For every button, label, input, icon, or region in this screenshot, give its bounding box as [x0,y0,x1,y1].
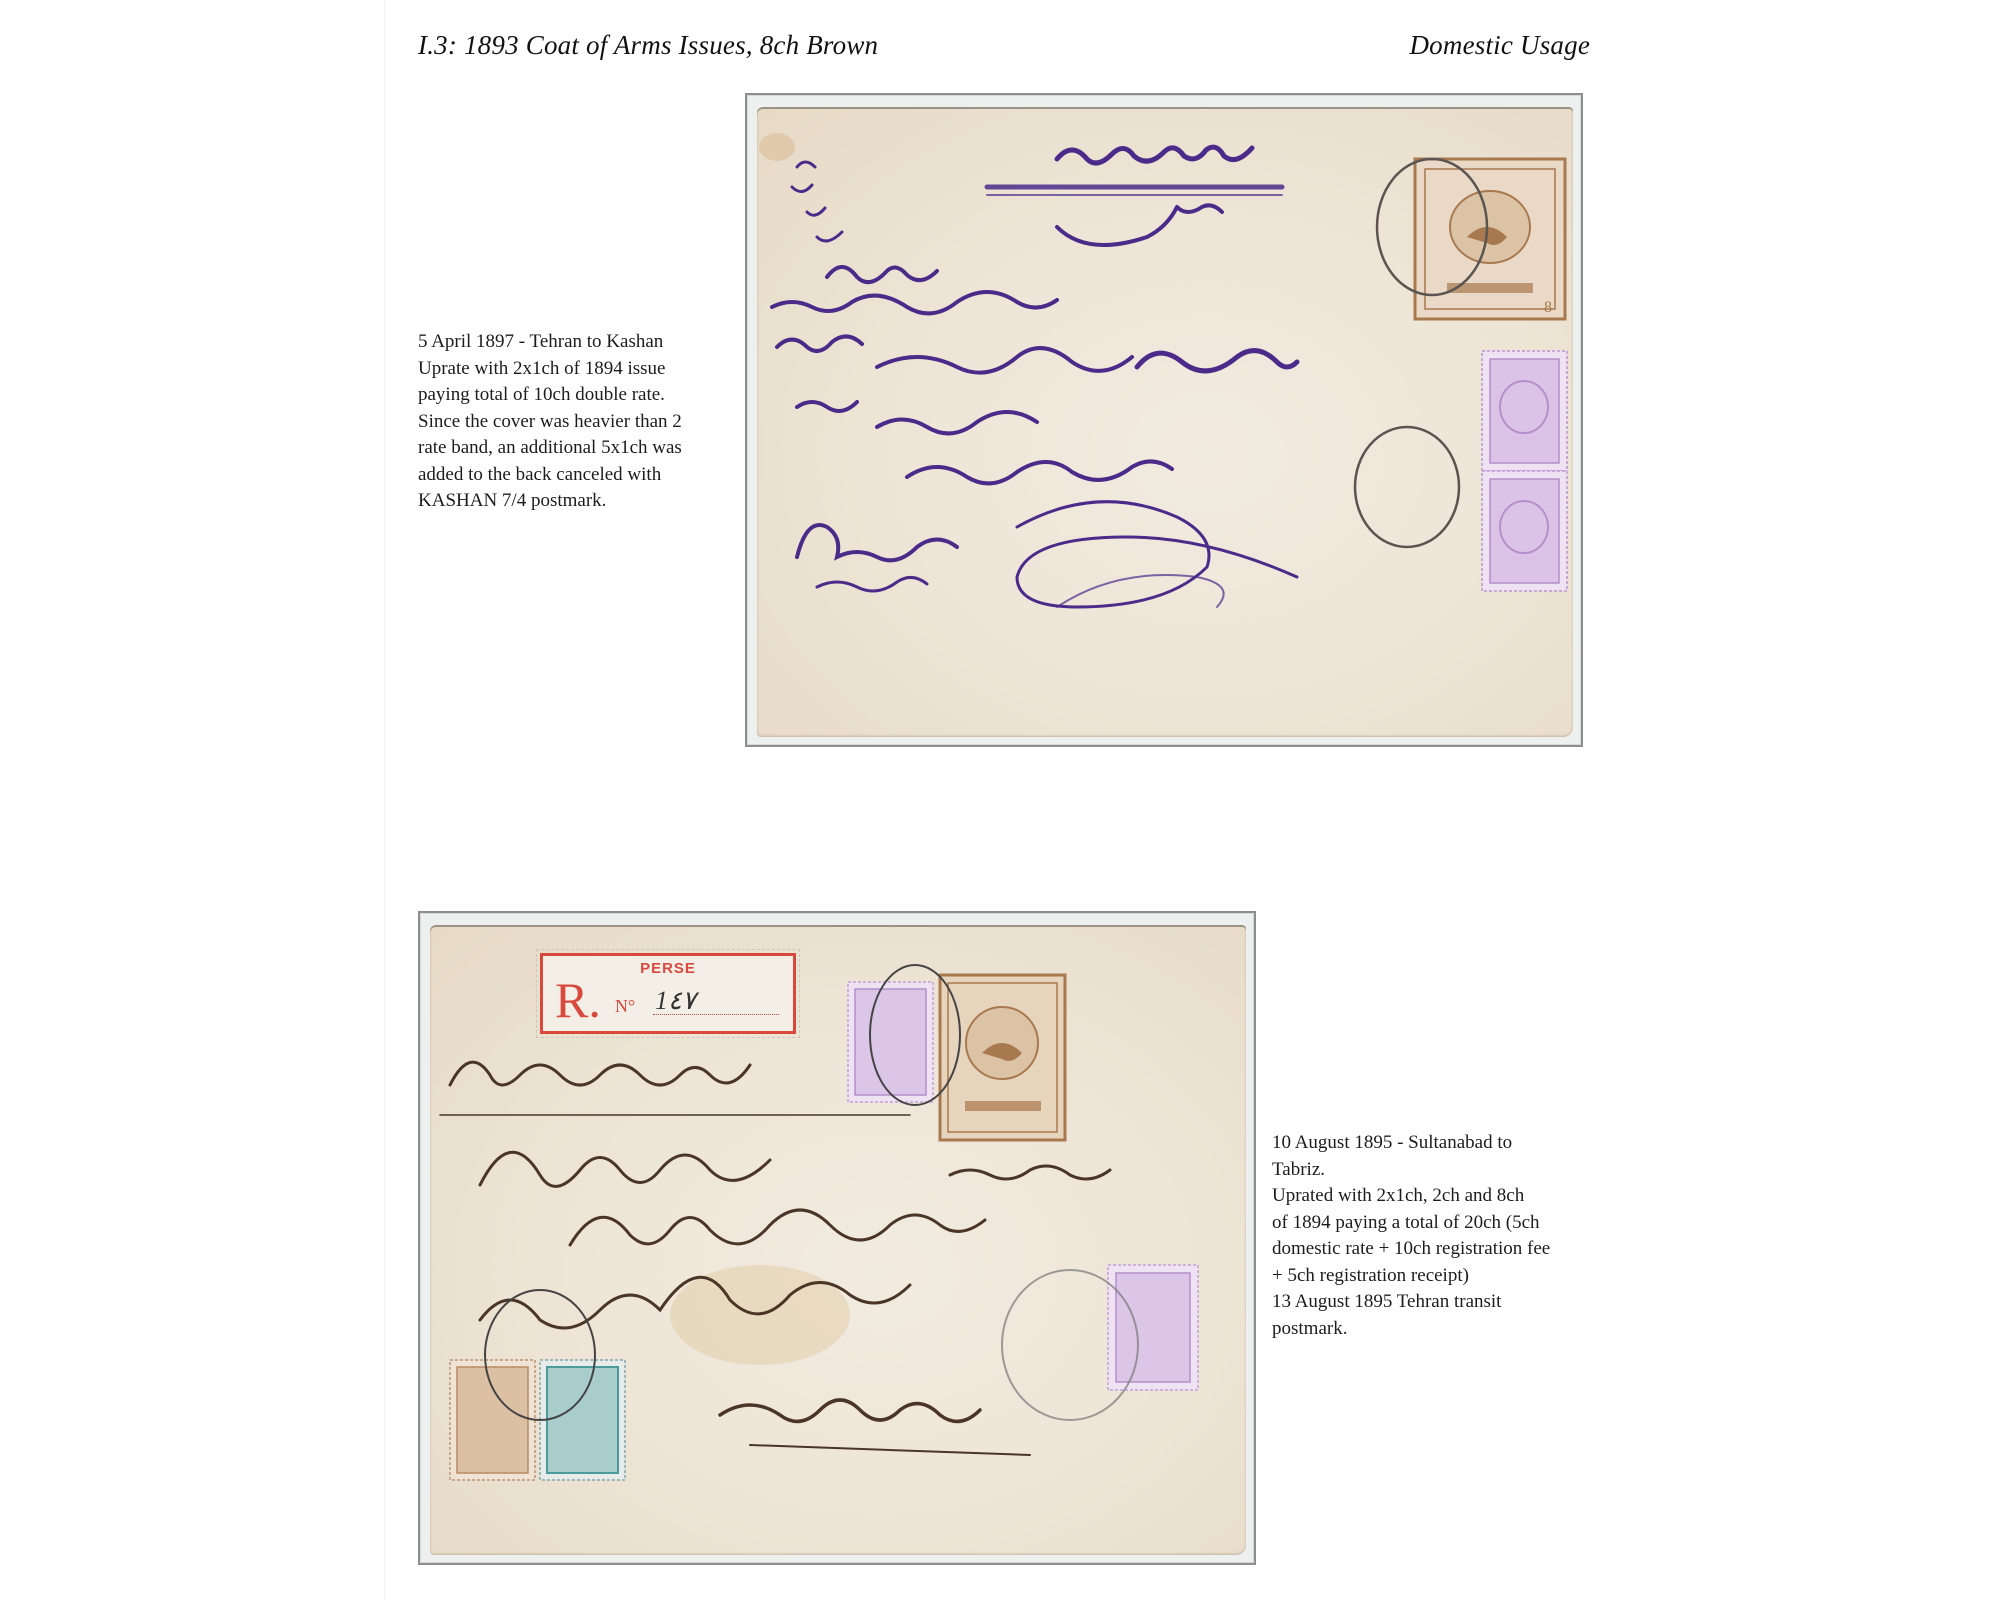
adhesive-stamp-1ch [1108,1265,1198,1390]
caption-line: added to the back canceled with [418,462,682,489]
caption-line: Since the cover was heavier than 2 [418,409,682,436]
cover-1-caption: 5 April 1897 - Tehran to Kashan Uprate w… [418,329,682,515]
cover-1-frame: 8 [745,93,1583,747]
caption-line: + 5ch registration receipt) [1272,1263,1550,1290]
registration-number: 1٤٧ [655,986,696,1016]
caption-line: Uprate with 2x1ch of 1894 issue [418,356,682,383]
cover-2-frame: PERSE R. N° 1٤٧ [418,911,1256,1565]
caption-line: Tabriz. [1272,1157,1550,1184]
section-subtitle: Domestic Usage [1409,30,1590,61]
registration-letter: R. [555,972,601,1028]
adhesive-stamp-8ch [450,1360,535,1480]
caption-line: KASHAN 7/4 postmark. [418,488,682,515]
cover-2-caption: 10 August 1895 - Sultanabad to Tabriz. U… [1272,1130,1550,1342]
manuscript-address [772,147,1297,607]
caption-line: 5 April 1897 - Tehran to Kashan [418,329,682,356]
svg-text:8: 8 [1544,299,1552,316]
adhesive-stamp-1ch [848,982,933,1102]
caption-line: paying total of 10ch double rate. [418,382,682,409]
cover-1-artwork: 8 [757,107,1573,737]
section-title: I.3: 1893 Coat of Arms Issues, 8ch Brown [418,30,878,61]
registration-label: PERSE R. N° 1٤٧ [540,953,796,1034]
cover-2-envelope: PERSE R. N° 1٤٧ [430,925,1246,1555]
registration-number-prefix: N° [615,996,635,1017]
caption-line: postmark. [1272,1316,1550,1343]
caption-line: 10 August 1895 - Sultanabad to [1272,1130,1550,1157]
cover-1-envelope: 8 [757,107,1573,737]
caption-line: of 1894 paying a total of 20ch (5ch [1272,1210,1550,1237]
page-edge [384,0,385,1600]
adhesive-stamp-2ch [540,1360,625,1480]
caption-line: 13 August 1895 Tehran transit [1272,1289,1550,1316]
caption-line: Uprated with 2x1ch, 2ch and 8ch [1272,1183,1550,1210]
adhesive-stamp-1ch-pair [1482,351,1567,591]
registration-dotted-line [653,1014,779,1015]
caption-line: rate band, an additional 5x1ch was [418,435,682,462]
caption-line: domestic rate + 10ch registration fee [1272,1236,1550,1263]
